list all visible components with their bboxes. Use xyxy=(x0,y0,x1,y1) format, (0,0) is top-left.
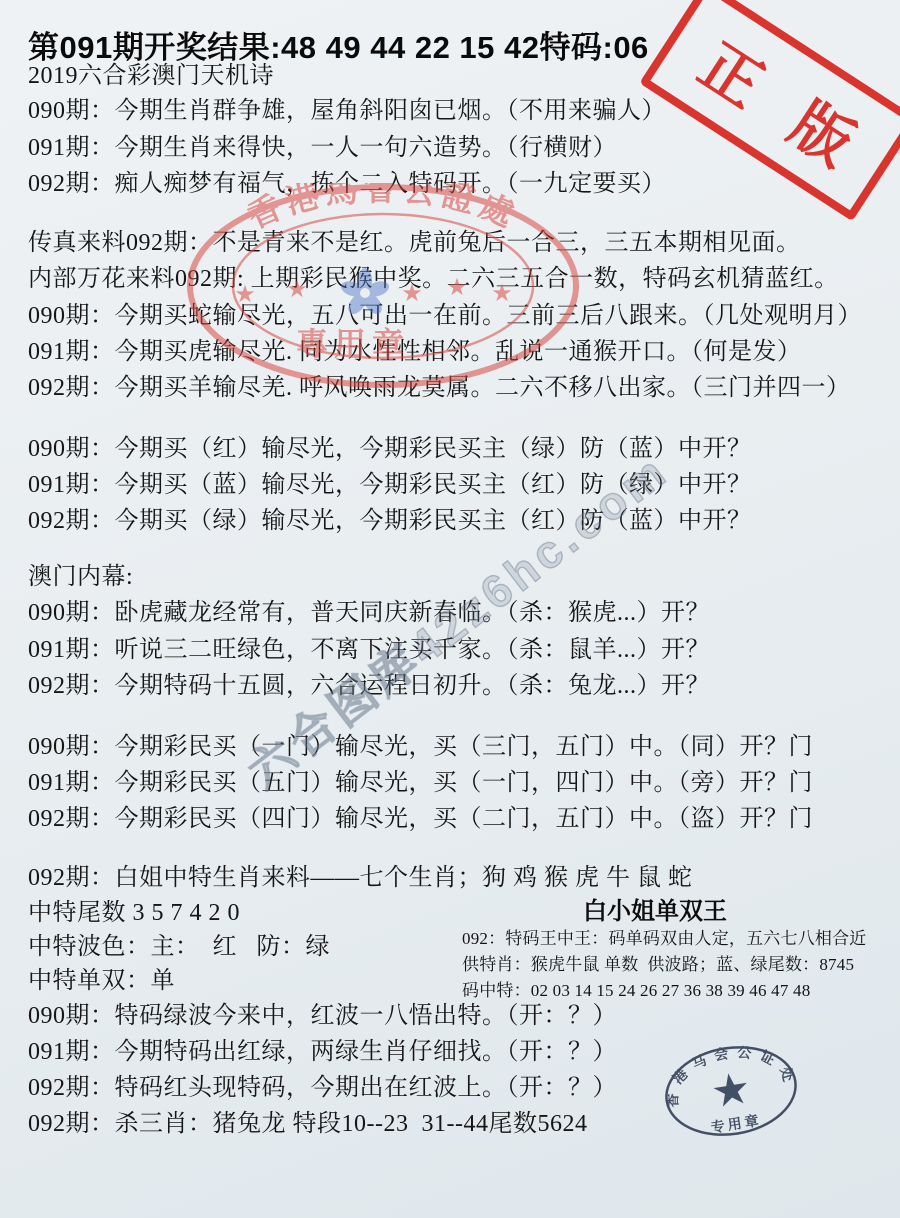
wave-line-090: 090期：特码绿波今来中，红波一八悟出特。（开：？） xyxy=(28,1004,617,1028)
authentic-stamp: 正版 xyxy=(639,0,900,221)
poem-line-091: 091期：今期生肖来得快，一人一句六造势。（行横财） xyxy=(28,136,617,160)
lottery-tip-sheet: 第091期开奖结果:48 49 44 22 15 42特码:06 2019六合彩… xyxy=(0,0,900,1218)
red-seal-arc-text: 香港馬會公證處 xyxy=(242,183,524,235)
baixiaojie-line-1: 092：特码王中王：码单码双由人定，五六七八相合近 xyxy=(462,924,867,949)
wave-line-092: 092期：特码红头现特码，今期出在红波上。（开：？） xyxy=(28,1076,617,1100)
red-round-seal: 香港馬會公證處 ★ ★ ★ ★ ★ 專用章 xyxy=(185,183,585,393)
insider-title: 澳门内幕: xyxy=(28,565,133,589)
draw-result-headline: 第091期开奖结果:48 49 44 22 15 42特码:06 xyxy=(28,22,649,67)
star-icon: ★ xyxy=(286,277,308,303)
door-line-090: 090期：今期彩民买（一门）输尽光，买（三门，五门）中。（同）开？门 xyxy=(28,735,813,759)
baixiaojie-line-3: 码中特：02 03 14 15 24 26 27 36 38 39 46 47 … xyxy=(462,976,810,1001)
kill-three-line: 092期：杀三肖：猪兔龙 特段10--23 31--44尾数5624 xyxy=(28,1112,587,1136)
star-icon: ★ xyxy=(708,1063,755,1118)
star-icon: ★ xyxy=(234,282,256,308)
svg-text:香港馬會公證處: 香港馬會公證處 xyxy=(242,183,524,235)
zodiac-line: 092期：白姐中特生肖来料——七个生肖；狗 鸡 猴 虎 牛 鼠 蛇 xyxy=(28,866,693,890)
poem-title: 2019六合彩澳门天机诗 xyxy=(28,64,274,88)
tail-numbers: 中特尾数 3 5 7 4 2 0 xyxy=(28,901,240,925)
door-line-092: 092期：今期彩民买（四门）输尽光，买（二门，五门）中。（盗）开？门 xyxy=(28,807,813,831)
star-icon: ★ xyxy=(401,281,423,307)
door-line-091: 091期：今期彩民买（五门）输尽光，买（一门，四门）中。（旁）开？门 xyxy=(28,771,813,795)
baixiaojie-line-2: 供特肖：猴虎牛鼠 单数 供波路；蓝、绿尾数：8745 xyxy=(462,950,854,975)
star-icon: ★ xyxy=(446,275,468,301)
wave-line-091: 091期：今期特码出红绿，两绿生肖仔细找。（开：？） xyxy=(28,1040,617,1064)
authentic-stamp-text: 正版 xyxy=(685,19,900,209)
wave-colors: 中特波色：主： 红 防：绿 xyxy=(28,935,330,959)
flower-icon xyxy=(339,268,391,317)
poem-line-090: 090期：今期生肖群争雄，屋角斜阳囱已烟。（不用来骗人） xyxy=(28,99,666,123)
odd-even: 中特单双：单 xyxy=(28,969,175,993)
red-seal-bottom-text: 專用章 xyxy=(296,326,410,362)
star-icon: ★ xyxy=(491,281,513,307)
baixiaojie-title: 白小姐单双王 xyxy=(440,891,870,926)
notary-seal: 香港马会公证处 ★ 专用章 xyxy=(663,1041,803,1141)
insider-line-090: 090期：卧虎藏龙经常有，普天同庆新春临。（杀：猴虎...）开？ xyxy=(28,601,710,625)
